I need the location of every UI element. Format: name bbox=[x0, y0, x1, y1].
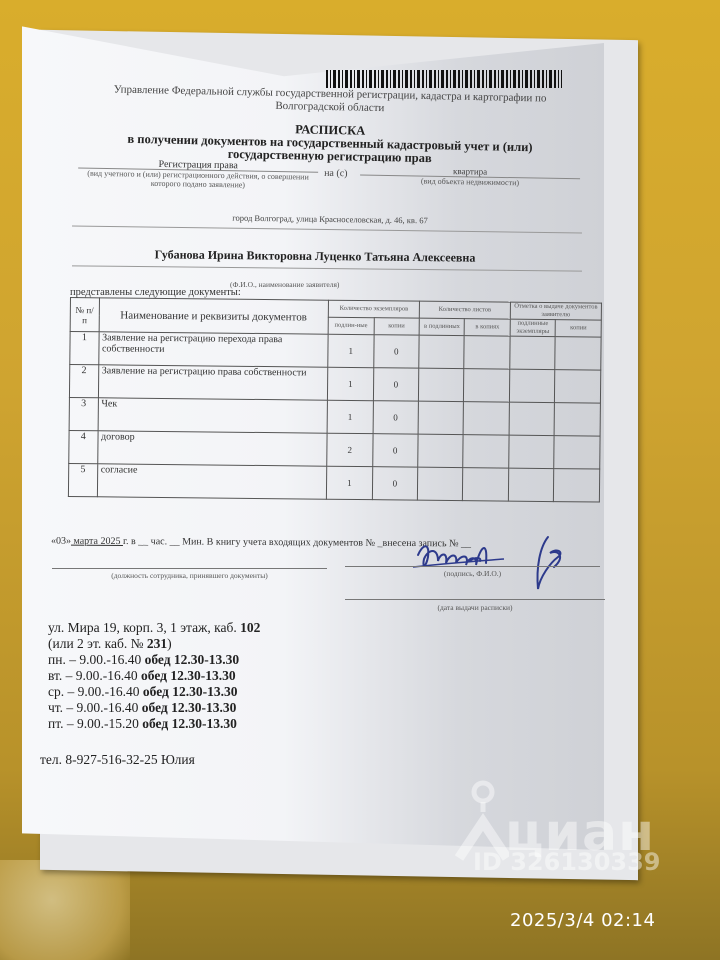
employee-position-caption: (должность сотрудника, принявшего докуме… bbox=[52, 571, 327, 580]
signature-line bbox=[345, 566, 600, 567]
originals-count: 1 bbox=[327, 400, 373, 433]
property-address: город Волгоград, улица Красноселовская, … bbox=[80, 211, 580, 228]
contact-phone: тел. 8-927-516-32-25 Юлия bbox=[40, 752, 195, 768]
row-number: 4 bbox=[69, 430, 98, 463]
schedule-day: вт. – 9.00.-16.40 обед 12.30-13.30 bbox=[48, 668, 260, 684]
issued-copies bbox=[554, 436, 600, 469]
copies-count: 0 bbox=[372, 467, 418, 500]
row-number: 1 bbox=[70, 332, 99, 365]
sheets-originals bbox=[418, 434, 464, 467]
date-month-year: марта 2025 bbox=[71, 536, 123, 547]
header-issued-group: Отметка о выдаче документов заявителю bbox=[510, 302, 601, 320]
originals-count: 1 bbox=[328, 367, 374, 400]
employee-position-line bbox=[52, 568, 327, 569]
originals-count: 2 bbox=[327, 433, 373, 466]
originals-count: 1 bbox=[328, 334, 374, 367]
sheets-copies bbox=[463, 435, 509, 468]
header-issued-copies: копии bbox=[556, 320, 602, 337]
schedule-day: пн. – 9.00.-16.40 обед 12.30-13.30 bbox=[48, 652, 260, 668]
header-sheets-originals: в подлинных bbox=[419, 318, 465, 335]
header-originals: подлин-ные bbox=[328, 317, 374, 334]
table-row: 1Заявление на регистрацию перехода права… bbox=[70, 332, 601, 371]
table-row: 5согласие10 bbox=[68, 463, 599, 502]
copies-count: 0 bbox=[373, 401, 419, 434]
issue-date-line bbox=[345, 599, 605, 600]
header-sheets-group: Количество листов bbox=[419, 301, 510, 319]
alt-room-number: 231 bbox=[147, 636, 167, 651]
date-day: «03» bbox=[51, 536, 71, 547]
document-name: согласие bbox=[97, 464, 327, 499]
document-name: Чек bbox=[98, 398, 328, 433]
header-copies: копии bbox=[374, 318, 420, 335]
issued-originals bbox=[510, 336, 556, 369]
sheets-originals bbox=[419, 335, 465, 368]
schedule-day: ср. – 9.00.-16.40 обед 12.30-13.30 bbox=[48, 684, 260, 700]
table-row: 3Чек10 bbox=[69, 397, 600, 436]
sheets-copies bbox=[464, 402, 510, 435]
copies-count: 0 bbox=[373, 335, 419, 368]
office-room: 102 bbox=[240, 620, 260, 635]
issue-date-caption: (дата выдачи расписки) bbox=[345, 603, 605, 612]
office-address: ул. Мира 19, корп. 3, 1 этаж, каб. 102 bbox=[48, 620, 260, 636]
schedule-days: пн. – 9.00.-16.40 обед 12.30-13.30вт. – … bbox=[48, 652, 260, 732]
document-name: Заявление на регистрацию права собственн… bbox=[98, 365, 328, 400]
day-hours: пн. – 9.00.-16.40 bbox=[48, 652, 141, 667]
row-number: 3 bbox=[69, 397, 98, 430]
issued-copies bbox=[555, 370, 601, 403]
lunch-hours: обед 12.30-13.30 bbox=[145, 652, 240, 667]
applicants-caption: (Ф.И.О., наименование заявителя) bbox=[230, 280, 339, 289]
applicants-underline bbox=[72, 265, 582, 271]
sheets-copies bbox=[464, 369, 510, 402]
lunch-hours: обед 12.30-13.30 bbox=[142, 716, 237, 731]
applicants-names: Губанова Ирина Викторовна Луценко Татьян… bbox=[95, 247, 535, 267]
day-hours: чт. – 9.00.-16.40 bbox=[48, 700, 138, 715]
action-object-row: Регистрация права (вид учетного и (или) … bbox=[78, 156, 589, 205]
signature-caption: (подпись, Ф.И.О.) bbox=[345, 569, 600, 578]
agency-name: Управление Федеральной службы государств… bbox=[100, 83, 560, 119]
row-number: 2 bbox=[69, 365, 98, 398]
day-hours: ср. – 9.00.-16.40 bbox=[48, 684, 140, 699]
schedule-day: пт. – 9.00.-15.20 обед 12.30-13.30 bbox=[48, 716, 260, 732]
header-issued-originals: подлинные экземпляры bbox=[510, 319, 556, 336]
issued-originals bbox=[509, 369, 555, 402]
lunch-hours: обед 12.30-13.30 bbox=[141, 668, 236, 683]
watermark-id: ID 326130339 bbox=[473, 848, 661, 876]
header-sheets-copies: в копиях bbox=[465, 319, 511, 336]
address-underline bbox=[72, 225, 582, 233]
sheets-copies bbox=[463, 468, 509, 501]
camera-timestamp: 2025/3/4 02:14 bbox=[510, 910, 655, 931]
document-name: Заявление на регистрацию перехода права … bbox=[98, 332, 328, 367]
action-caption: (вид учетного и (или) регистрационного д… bbox=[78, 169, 318, 191]
table-row: 2Заявление на регистрацию права собствен… bbox=[69, 365, 600, 404]
copies-count: 0 bbox=[372, 434, 418, 467]
day-hours: вт. – 9.00.-16.40 bbox=[48, 668, 138, 683]
issued-copies bbox=[555, 337, 601, 370]
sheets-originals bbox=[418, 368, 464, 401]
sheets-originals bbox=[417, 467, 463, 500]
lunch-hours: обед 12.30-13.30 bbox=[143, 684, 238, 699]
table-row: 4договор20 bbox=[69, 430, 600, 469]
schedule-day: чт. – 9.00.-16.40 обед 12.30-13.30 bbox=[48, 700, 260, 716]
issued-originals bbox=[509, 435, 555, 468]
issued-originals bbox=[509, 402, 555, 435]
on-label: на (с) bbox=[324, 168, 348, 179]
office-alt-room: (или 2 эт. каб. № 231) bbox=[48, 636, 260, 652]
document-name: договор bbox=[97, 431, 327, 466]
originals-count: 1 bbox=[326, 466, 372, 499]
barcode bbox=[326, 70, 562, 88]
issued-originals bbox=[508, 468, 554, 501]
copies-count: 0 bbox=[373, 368, 419, 401]
day-hours: пт. – 9.00.-15.20 bbox=[48, 716, 139, 731]
handwritten-signature bbox=[408, 527, 578, 597]
issued-copies bbox=[554, 469, 600, 502]
sheets-originals bbox=[418, 401, 464, 434]
header-num: № п/п bbox=[70, 298, 99, 332]
row-number: 5 bbox=[68, 463, 97, 496]
sheets-copies bbox=[464, 336, 510, 369]
issued-copies bbox=[554, 403, 600, 436]
documents-table: № п/п Наименование и реквизиты документо… bbox=[68, 297, 602, 503]
lunch-hours: обед 12.30-13.30 bbox=[142, 700, 237, 715]
office-address-text: ул. Мира 19, корп. 3, 1 этаж, каб. bbox=[48, 620, 237, 635]
alt-room-prefix: (или 2 эт. каб. № bbox=[48, 636, 143, 651]
header-name: Наименование и реквизиты документов bbox=[99, 298, 329, 334]
alt-room-suffix: ) bbox=[167, 636, 172, 651]
office-schedule: ул. Мира 19, корп. 3, 1 этаж, каб. 102 (… bbox=[48, 620, 260, 732]
header-copies-group: Количество экземпляров bbox=[328, 300, 419, 318]
documents-table-body: 1Заявление на регистрацию перехода права… bbox=[68, 332, 601, 503]
